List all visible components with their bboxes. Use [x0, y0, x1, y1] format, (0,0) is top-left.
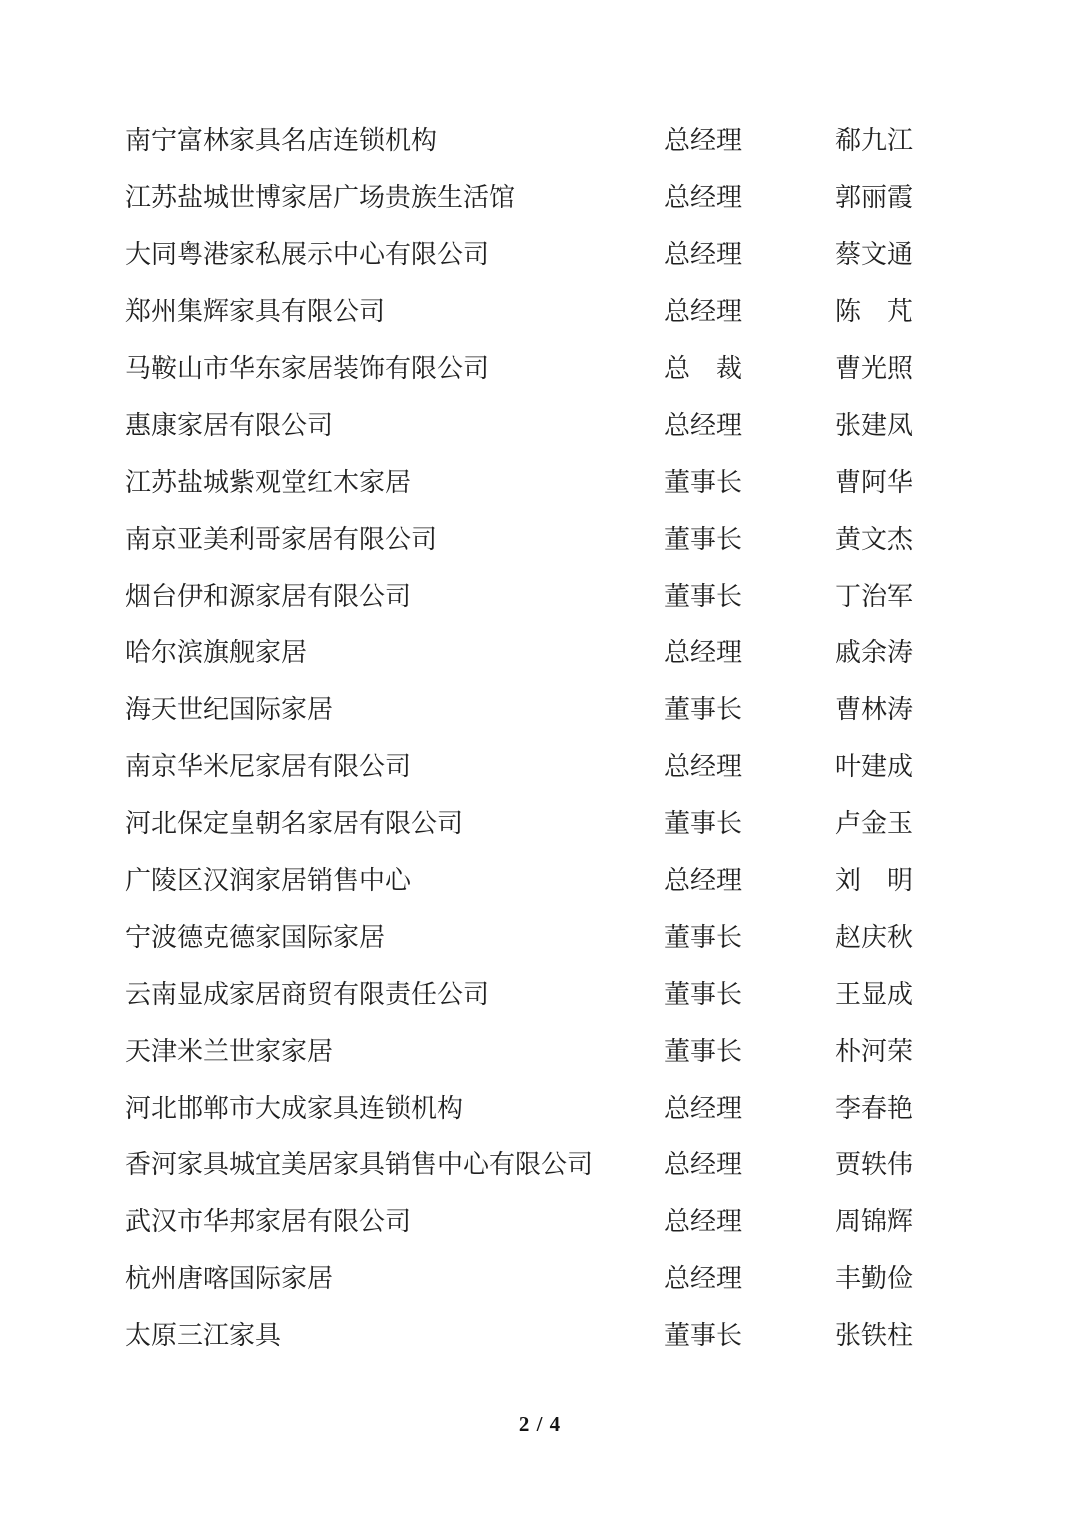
- job-title: 总经理: [664, 128, 835, 154]
- company-name: 哈尔滨旗舰家居: [125, 640, 664, 666]
- job-title: 董事长: [664, 1039, 835, 1065]
- company-name: 杭州唐喀国际家居: [125, 1266, 664, 1292]
- company-name: 马鞍山市华东家居装饰有限公司: [125, 356, 664, 382]
- table-row: 烟台伊和源家居有限公司 董事长 丁治军: [0, 568, 1080, 625]
- person-name: 张铁柱: [835, 1323, 913, 1349]
- person-name: 曹光照: [835, 356, 913, 382]
- company-name: 广陵区汉润家居销售中心: [125, 868, 664, 894]
- job-title: 总经理: [664, 242, 835, 268]
- person-name: 贾轶伟: [835, 1152, 913, 1178]
- company-name: 武汉市华邦家居有限公司: [125, 1209, 664, 1235]
- person-name: 王显成: [835, 982, 913, 1008]
- table-row: 南宁富林家具名店连锁机构 总经理 郗九江: [0, 113, 1080, 170]
- person-name: 郗九江: [835, 128, 913, 154]
- table-row: 海天世纪国际家居 董事长 曹林涛: [0, 682, 1080, 739]
- job-title: 总经理: [664, 640, 835, 666]
- company-name: 香河家具城宜美居家具销售中心有限公司: [125, 1152, 664, 1178]
- person-name: 丁治军: [835, 584, 913, 610]
- person-name: 叶建成: [835, 754, 913, 780]
- company-name: 南京亚美利哥家居有限公司: [125, 527, 664, 553]
- job-title: 总经理: [664, 1266, 835, 1292]
- job-title: 总经理: [664, 413, 835, 439]
- table-row: 哈尔滨旗舰家居 总经理 戚余涛: [0, 625, 1080, 682]
- person-name: 曹林涛: [835, 697, 913, 723]
- company-name: 江苏盐城紫观堂红木家居: [125, 470, 664, 496]
- company-name: 南宁富林家具名店连锁机构: [125, 128, 664, 154]
- table-row: 郑州集辉家具有限公司 总经理 陈 芃: [0, 284, 1080, 341]
- job-title: 总 裁: [664, 356, 835, 382]
- table-row: 香河家具城宜美居家具销售中心有限公司 总经理 贾轶伟: [0, 1137, 1080, 1194]
- table-row: 太原三江家具 董事长 张铁柱: [0, 1308, 1080, 1365]
- job-title: 总经理: [664, 185, 835, 211]
- job-title: 总经理: [664, 868, 835, 894]
- table-row: 武汉市华邦家居有限公司 总经理 周锦辉: [0, 1194, 1080, 1251]
- person-name: 黄文杰: [835, 527, 913, 553]
- person-name: 刘 明: [835, 868, 913, 894]
- job-title: 董事长: [664, 527, 835, 553]
- award-list: 南宁富林家具名店连锁机构 总经理 郗九江 江苏盐城世博家居广场贵族生活馆 总经理…: [0, 113, 1080, 1365]
- company-name: 烟台伊和源家居有限公司: [125, 584, 664, 610]
- person-name: 陈 芃: [835, 299, 913, 325]
- company-name: 海天世纪国际家居: [125, 697, 664, 723]
- person-name: 戚余涛: [835, 640, 913, 666]
- person-name: 张建凤: [835, 413, 913, 439]
- table-row: 河北保定皇朝名家居有限公司 董事长 卢金玉: [0, 796, 1080, 853]
- company-name: 郑州集辉家具有限公司: [125, 299, 664, 325]
- company-name: 河北邯郸市大成家具连锁机构: [125, 1096, 664, 1122]
- job-title: 董事长: [664, 697, 835, 723]
- company-name: 宁波德克德家国际家居: [125, 925, 664, 951]
- company-name: 太原三江家具: [125, 1323, 664, 1349]
- company-name: 惠康家居有限公司: [125, 413, 664, 439]
- job-title: 董事长: [664, 925, 835, 951]
- company-name: 大同粤港家私展示中心有限公司: [125, 242, 664, 268]
- table-row: 江苏盐城世博家居广场贵族生活馆 总经理 郭丽霞: [0, 170, 1080, 227]
- company-name: 天津米兰世家家居: [125, 1039, 664, 1065]
- page-number: 2 / 4: [0, 1412, 1080, 1437]
- company-name: 南京华米尼家居有限公司: [125, 754, 664, 780]
- table-row: 宁波德克德家国际家居 董事长 赵庆秋: [0, 909, 1080, 966]
- table-row: 河北邯郸市大成家具连锁机构 总经理 李春艳: [0, 1080, 1080, 1137]
- document-page: 南宁富林家具名店连锁机构 总经理 郗九江 江苏盐城世博家居广场贵族生活馆 总经理…: [0, 0, 1080, 1527]
- job-title: 总经理: [664, 1152, 835, 1178]
- table-row: 大同粤港家私展示中心有限公司 总经理 蔡文通: [0, 227, 1080, 284]
- person-name: 朴河荣: [835, 1039, 913, 1065]
- job-title: 董事长: [664, 811, 835, 837]
- job-title: 董事长: [664, 982, 835, 1008]
- job-title: 总经理: [664, 1209, 835, 1235]
- person-name: 周锦辉: [835, 1209, 913, 1235]
- person-name: 蔡文通: [835, 242, 913, 268]
- job-title: 董事长: [664, 1323, 835, 1349]
- table-row: 惠康家居有限公司 总经理 张建凤: [0, 397, 1080, 454]
- table-row: 马鞍山市华东家居装饰有限公司 总 裁 曹光照: [0, 341, 1080, 398]
- person-name: 曹阿华: [835, 470, 913, 496]
- job-title: 总经理: [664, 299, 835, 325]
- job-title: 董事长: [664, 470, 835, 496]
- person-name: 赵庆秋: [835, 925, 913, 951]
- company-name: 江苏盐城世博家居广场贵族生活馆: [125, 185, 664, 211]
- company-name: 河北保定皇朝名家居有限公司: [125, 811, 664, 837]
- job-title: 总经理: [664, 1096, 835, 1122]
- job-title: 总经理: [664, 754, 835, 780]
- job-title: 董事长: [664, 584, 835, 610]
- table-row: 南京亚美利哥家居有限公司 董事长 黄文杰: [0, 511, 1080, 568]
- person-name: 郭丽霞: [835, 185, 913, 211]
- table-row: 杭州唐喀国际家居 总经理 丰勤俭: [0, 1251, 1080, 1308]
- table-row: 广陵区汉润家居销售中心 总经理 刘 明: [0, 853, 1080, 910]
- company-name: 云南显成家居商贸有限责任公司: [125, 982, 664, 1008]
- table-row: 云南显成家居商贸有限责任公司 董事长 王显成: [0, 966, 1080, 1023]
- table-row: 江苏盐城紫观堂红木家居 董事长 曹阿华: [0, 454, 1080, 511]
- person-name: 李春艳: [835, 1096, 913, 1122]
- person-name: 卢金玉: [835, 811, 913, 837]
- table-row: 天津米兰世家家居 董事长 朴河荣: [0, 1023, 1080, 1080]
- table-row: 南京华米尼家居有限公司 总经理 叶建成: [0, 739, 1080, 796]
- person-name: 丰勤俭: [835, 1266, 913, 1292]
